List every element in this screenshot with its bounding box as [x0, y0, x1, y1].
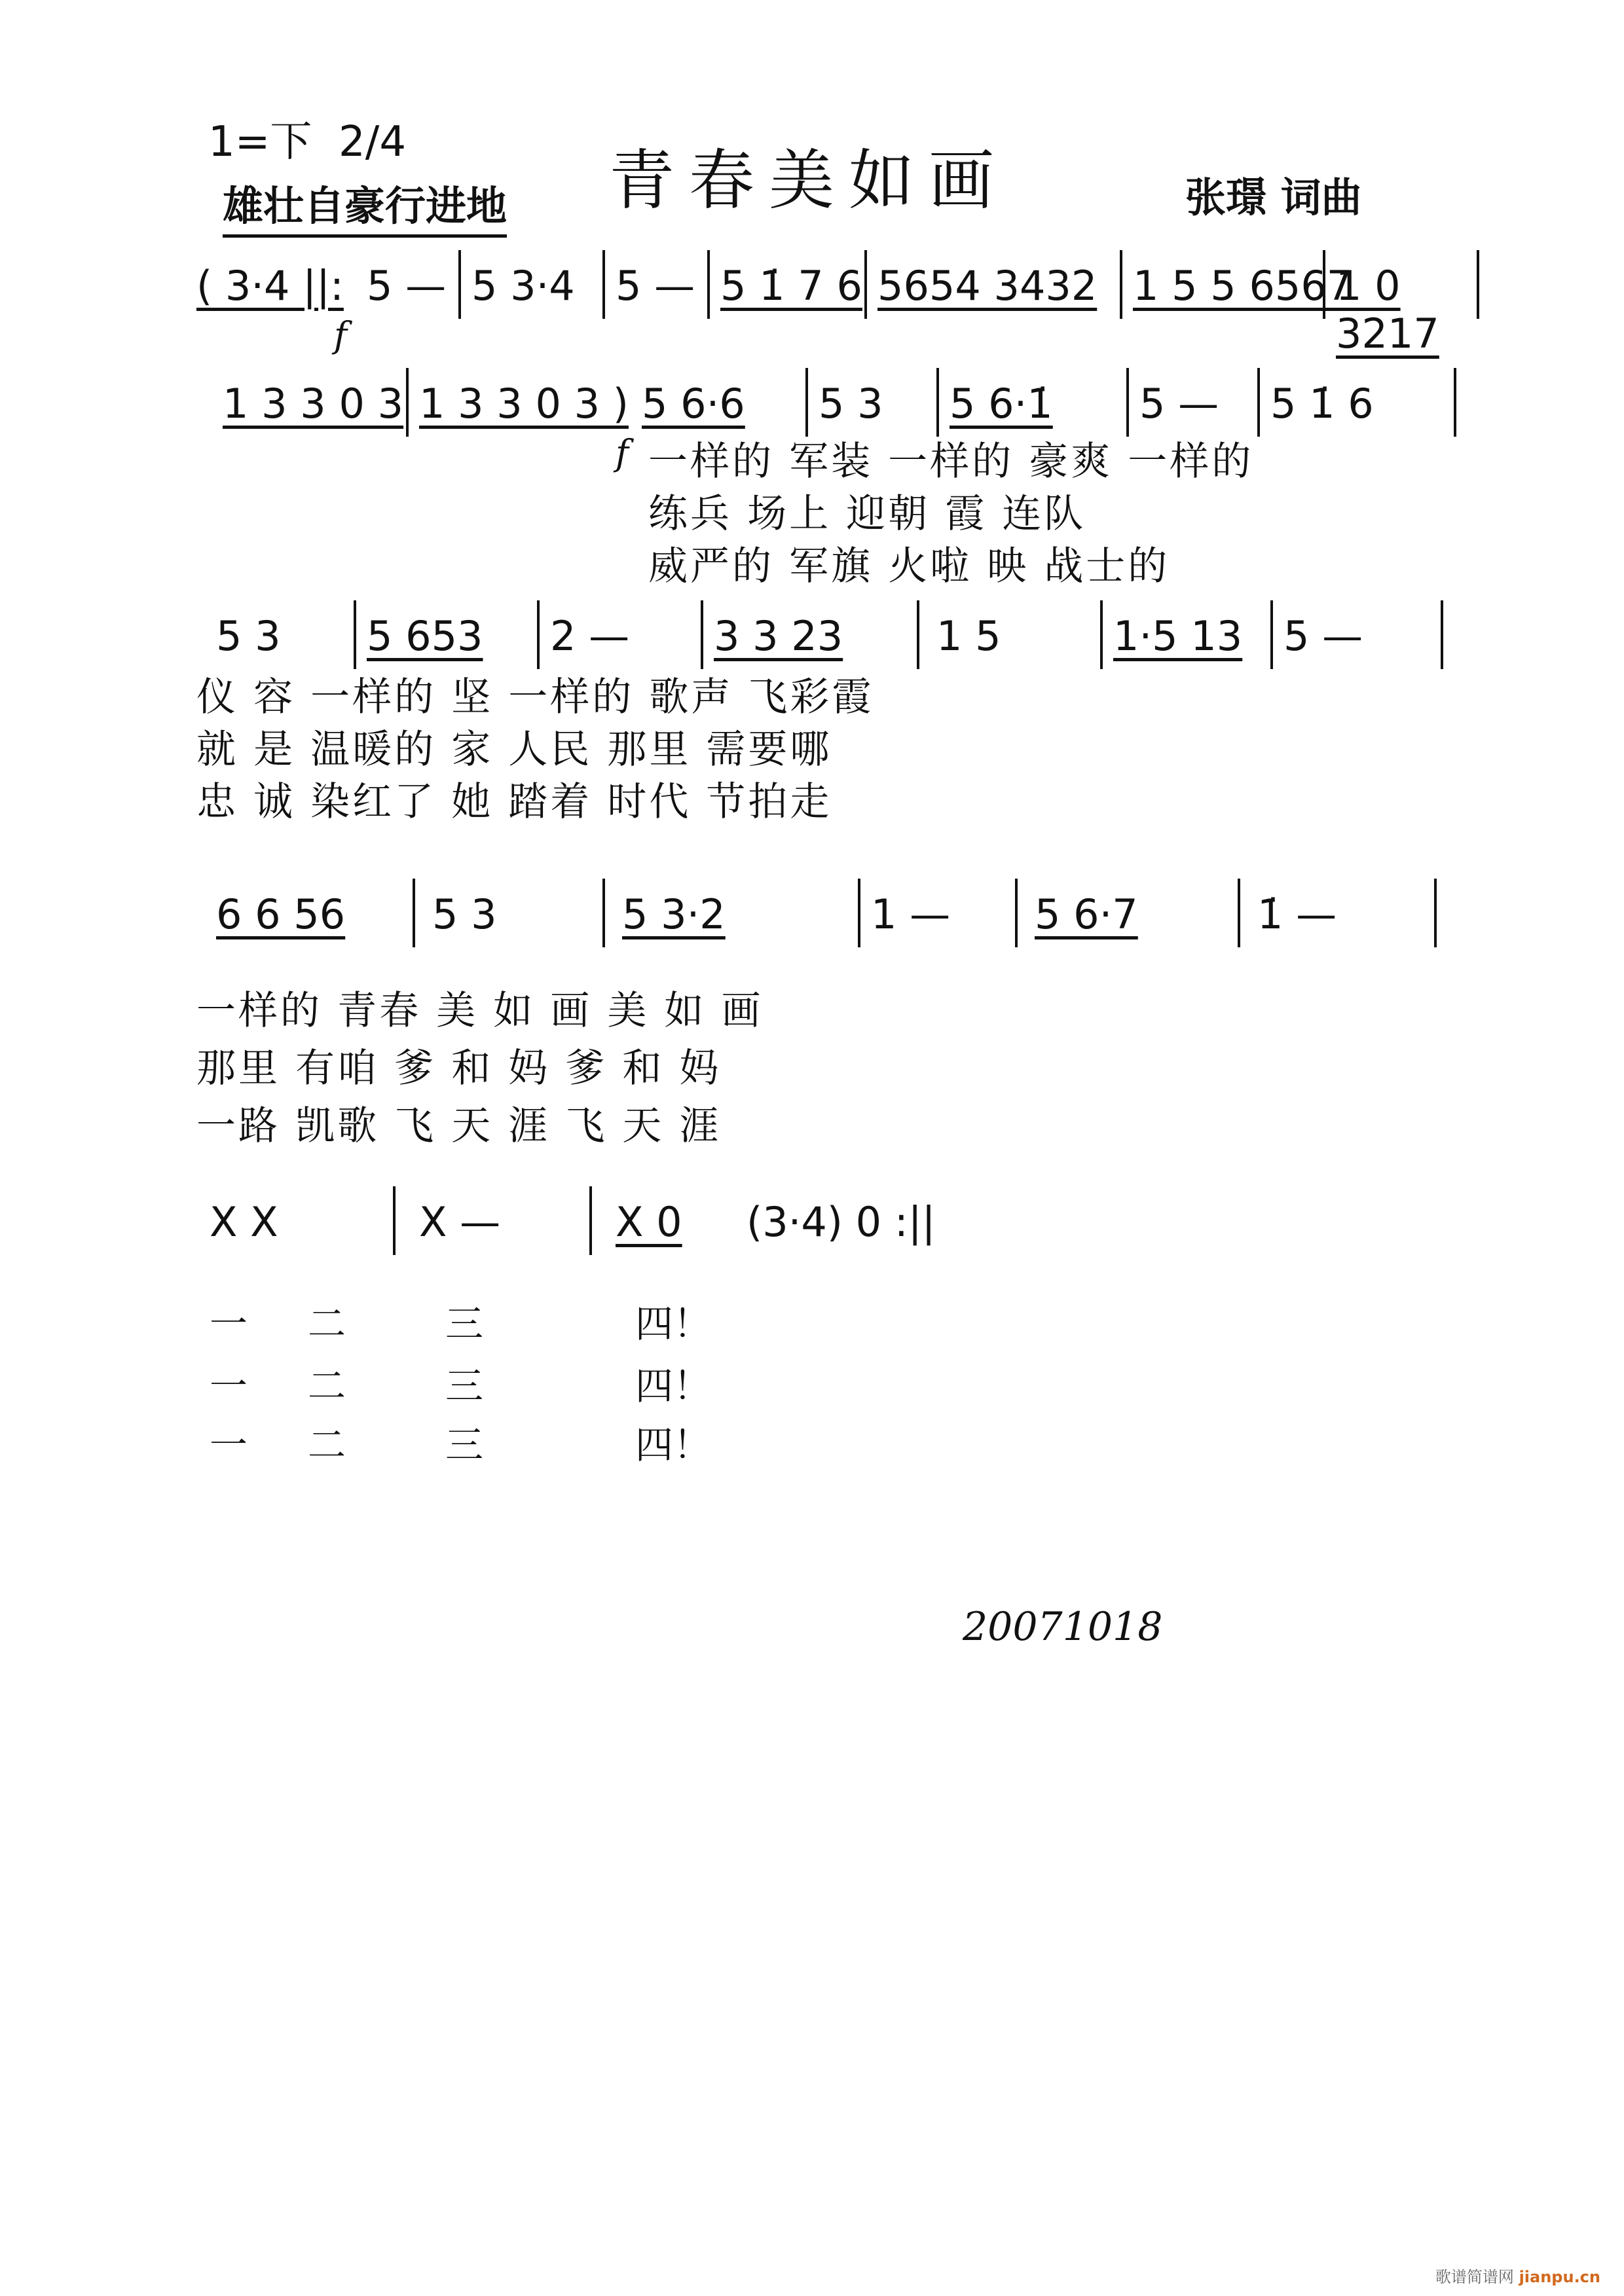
lyric-line-verse-3: 忠 诚 染红了 她 踏着 时代 节拍走: [196, 776, 874, 828]
bar-line: [537, 600, 540, 669]
measure: 5 —: [1139, 380, 1219, 428]
staff-row-5: X X X — X 0 (3·4) 0 :||: [196, 1198, 1480, 1270]
watermark-url: jianpu.cn: [1519, 2268, 1600, 2286]
measure: 1 3 3 0 3 ): [419, 380, 629, 428]
bar-line: [1238, 879, 1240, 947]
bar-line: [354, 600, 356, 669]
measure: X 0: [616, 1198, 682, 1246]
date-stamp: 20071018: [963, 1604, 1162, 1650]
dynamic-forte: f: [616, 432, 629, 473]
measure: 5 3: [216, 612, 281, 660]
lyric-line-verse-3: 一路 凯歌 飞 天 涯 飞 天 涯: [196, 1097, 764, 1155]
measure: 5 6·7: [1035, 890, 1138, 938]
bar-line: [1015, 879, 1018, 947]
bar-line: [1323, 250, 1325, 319]
bar-line: [707, 250, 710, 319]
bar-line: [1126, 368, 1129, 437]
measure: 5 3·2: [622, 890, 726, 938]
bar-line: [917, 600, 919, 669]
bar-line: [589, 1186, 592, 1255]
bar-line: [1441, 600, 1443, 669]
bar-line: [1270, 600, 1273, 669]
measure: 5 653: [367, 612, 483, 660]
measure: 5 —: [1283, 612, 1363, 660]
bar-line: [858, 879, 860, 947]
measure: 6 6 56: [216, 890, 345, 938]
measure: 3 3 23: [714, 612, 843, 660]
bar-line: [1120, 250, 1122, 319]
measure: 5 —: [367, 262, 446, 310]
author-credit: 张璟 词曲: [1185, 165, 1362, 223]
site-watermark: 歌谱简谱网 jianpu.cn: [1435, 2264, 1600, 2287]
lyrics-block-1: 一样的 军装 一样的 豪爽 一样的 练兵 场上 迎朝 霞 连队 威严的 军旗 火…: [648, 435, 1253, 592]
measure: 1 3 3 0 3: [223, 380, 403, 428]
bar-line: [936, 368, 939, 437]
measure: 5 1̇ 6: [1270, 380, 1374, 428]
bar-line: [406, 368, 409, 437]
bar-line: [1454, 368, 1456, 437]
lyric-line-verse-2: 就 是 温暖的 家 人民 那里 需要哪: [196, 723, 874, 776]
bar-line: [1477, 250, 1479, 319]
bar-line: [1434, 879, 1437, 947]
key-signature: 1=下 2/4: [208, 108, 406, 168]
lyrics-block-2: 仪 容 一样的 坚 一样的 歌声 飞彩霞 就 是 温暖的 家 人民 那里 需要哪…: [196, 671, 874, 828]
measure: 1 5 5 6567: [1133, 262, 1352, 310]
lyric-line-verse-2: 那里 有咱 爹 和 妈 爹 和 妈: [196, 1040, 764, 1097]
measure: 5 3: [819, 380, 883, 428]
measure: 1 —: [871, 890, 950, 938]
lyric-line-verse-2: 练兵 场上 迎朝 霞 连队: [648, 488, 1253, 540]
measure: ( 3·4 ||:: [196, 262, 344, 310]
measure: 1̇ —: [1257, 890, 1337, 938]
bar-line: [413, 879, 415, 947]
lyrics-block-3: 一样的 青春 美 如 画 美 如 画 那里 有咱 爹 和 妈 爹 和 妈 一路 …: [196, 982, 764, 1155]
measure: 5 —: [616, 262, 695, 310]
lyric-line-verse-3: 威严的 军旗 火啦 映 战士的: [648, 540, 1253, 592]
measure: 5 3: [432, 890, 497, 938]
measure: 1 0 3217: [1336, 262, 1480, 357]
bar-line: [1100, 600, 1103, 669]
tempo-marking: 雄壮自豪行进地: [223, 173, 507, 238]
measure: 1 5: [936, 612, 1001, 660]
bar-line: [805, 368, 808, 437]
staff-row-1: ( 3·4 ||: 5 — 5 3·4 5 — 5 1̇ 7 6 5654 34…: [196, 262, 1480, 334]
measure: 5 3·4: [471, 262, 575, 310]
dynamic-forte: f: [334, 314, 347, 355]
measure: X —: [419, 1198, 500, 1246]
measure: 5 6·6: [642, 380, 745, 428]
bar-line: [864, 250, 867, 319]
lyric-line-verse-1: 一样的 青春 美 如 画 美 如 画: [196, 982, 764, 1040]
lyric-line-verse-1: 仪 容 一样的 坚 一样的 歌声 飞彩霞: [196, 671, 874, 723]
song-title: 青春美如画: [609, 128, 1008, 222]
measure: X X: [210, 1198, 278, 1246]
bar-line: [1257, 368, 1260, 437]
lyric-line-verse-1: 一样的 军装 一样的 豪爽 一样的: [648, 435, 1253, 488]
measure: 2 —: [550, 612, 629, 660]
bar-line: [458, 250, 461, 319]
measure: 1·5 13: [1113, 612, 1242, 660]
staff-row-4: 6 6 56 5 3 5 3·2 1 — 5 6·7 1̇ —: [196, 890, 1480, 962]
bar-line: [602, 879, 605, 947]
bar-line: [701, 600, 703, 669]
measure: 5 1̇ 7 6: [720, 262, 862, 310]
time-signature: 2/4: [339, 118, 406, 166]
bar-line: [602, 250, 605, 319]
bar-line: [393, 1186, 396, 1255]
measure: 5 6·1̇: [950, 380, 1053, 428]
repeat-end: (3·4) 0 :||: [747, 1198, 936, 1246]
measure: 5654 3432: [877, 262, 1097, 310]
